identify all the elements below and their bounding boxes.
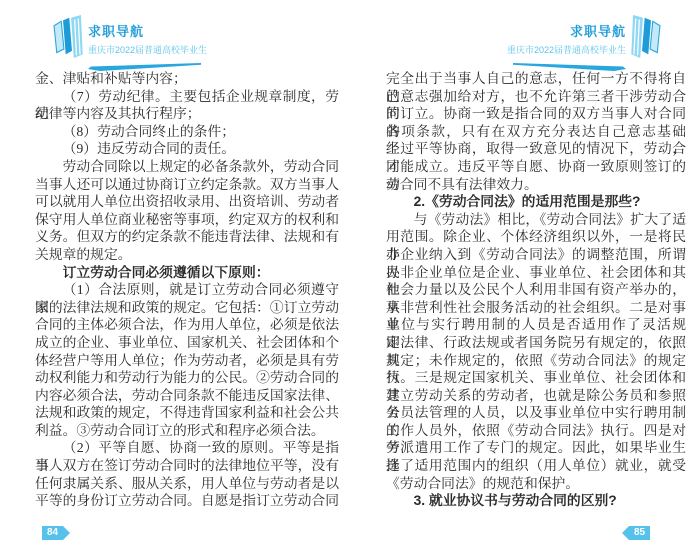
text-line: 才能成立。违反平等自愿、协商一致原则签订的劳: [386, 158, 686, 176]
left-page-text-column: 金、津贴和补贴等内容；（7）劳动纪律。主要包括企业规章制度，劳动纪律等内容及其执…: [35, 70, 339, 510]
text-line: （8）劳动合同终止的条件；: [35, 123, 339, 141]
text-line: 务员法管理的人员，以及事业单位中实行聘用制的: [386, 404, 686, 422]
text-line: 法规和政策的规定，不得违背国家利益和社会公共: [35, 404, 339, 422]
page-number-badge-left: 84: [42, 526, 70, 540]
swoosh-underline-icon: [513, 58, 626, 66]
text-line: 当事人还可以通过协商订立约定条款。双方当事人: [35, 176, 339, 194]
text-line: 3. 就业协议书与劳动合同的区别?: [386, 492, 686, 510]
text-line: 工作人员外，依照《劳动合同法》执行。四是对劳: [386, 422, 686, 440]
booklet-subtitle: 重庆市2022届普通高校毕业生: [88, 43, 207, 56]
text-line: 2.《劳动合同法》的适用范围是那些?: [386, 193, 686, 211]
right-page-text-column: 完全出于当事人自己的意志，任何一方不得将自己的意志强加给对方，也不允许第三者干涉…: [386, 70, 686, 510]
text-line: 保守用人单位商业秘密等事项，约定双方的权利和: [35, 211, 339, 229]
text-line: （1）合法原则，就是订立劳动合同必须遵守国: [35, 281, 339, 299]
text-line: 的订立。协商一致是指合同的双方当事人对合同的: [386, 105, 686, 123]
text-line: 单位与实行聘用制的人员是否适用作了灵活规定，: [386, 316, 686, 334]
text-line: 行。三是规定国家机关、事业单位、社会团体和其: [386, 369, 686, 387]
text-line: 金、津贴和补贴等内容；: [35, 70, 339, 88]
text-line: 义务。但双方的约定条款不能违背法律、法规和有: [35, 228, 339, 246]
text-line: 择了适用范围内的组织（用人单位）就业，就受: [386, 457, 686, 475]
text-line: 可以就用人单位出资招收录用、出资培训、劳动者: [35, 193, 339, 211]
book-spread: 求职导航 重庆市2022届普通高校毕业生 求职导航 重庆市2022届普通高校毕业…: [0, 0, 695, 559]
text-line: （7）劳动纪律。主要包括企业规章制度，劳动: [35, 88, 339, 106]
text-line: 关规章的规定。: [35, 246, 339, 264]
text-line: 事非营利性社会服务活动的社会组织。二是对事业: [386, 299, 686, 317]
text-line: 动合同不具有法律效力。: [386, 176, 686, 194]
text-line: 平等的身份订立劳动合同。自愿是指订立劳动合同: [35, 492, 339, 510]
right-page-header-logo: 求职导航 重庆市2022届普通高校毕业生: [502, 15, 662, 66]
booklet-title: 求职导航: [88, 21, 144, 40]
text-line: 经过平等协商，取得一致意见的情况下，劳动合同: [386, 140, 686, 158]
text-line: 办非企业单位是企业、事业单位、社会团体和其他: [386, 264, 686, 282]
text-line: 成立的企业、事业单位、国家机关、社会团体和个: [35, 334, 339, 352]
left-page-header-logo: 求职导航 重庆市2022届普通高校毕业生: [52, 15, 212, 66]
text-line: 与《劳动法》相比，《劳动合同法》扩大了适: [386, 211, 686, 229]
booklet-subtitle: 重庆市2022届普通高校毕业生: [507, 43, 626, 56]
text-line: 合同的主体必须合法，作为用人单位，必须是依法: [35, 316, 339, 334]
text-line: 建立劳动关系的劳动者，也就是除公务员和参照公: [386, 387, 686, 405]
text-line: 内容必须合法，劳动合同条款不能违反国家法律、: [35, 387, 339, 405]
text-line: 非企业纳入到《劳动合同法》的调整范围，所谓民: [386, 246, 686, 264]
text-line: 动权利能力和劳动行为能力的公民。②劳动合同的: [35, 369, 339, 387]
text-line: 完全出于当事人自己的意志，任何一方不得将自己: [386, 70, 686, 88]
text-line: （9）违反劳动合同的责任。: [35, 140, 339, 158]
text-line: 《劳动合同法》的规范和保护。: [386, 475, 686, 493]
swoosh-underline-icon: [88, 58, 201, 66]
text-line: 的意志强加给对方，也不允许第三者干涉劳动合同: [386, 88, 686, 106]
text-line: 社会力量以及公民个人利用非国有资产举办的，从: [386, 281, 686, 299]
text-line: 规定；未作规定的，依照《劳动合同法》的规定执: [386, 352, 686, 370]
books-logo-icon: [631, 15, 662, 58]
text-line: 各项条款，只有在双方充分表达自己意志基础上，: [386, 123, 686, 141]
text-line: 订立劳动合同必须遵循以下原则：: [35, 264, 339, 282]
text-line: 利益。③劳动合同订立的形式和程序必须合法。: [35, 422, 339, 440]
text-line: 劳动合同除以上规定的必备条款外，劳动合同: [35, 158, 339, 176]
right-logo-text: 求职导航 重庆市2022届普通高校毕业生: [507, 15, 626, 66]
text-line: 事人双方在签订劳动合同时的法律地位平等，没有: [35, 457, 339, 475]
text-line: （2）平等自愿、协商一致的原则。平等是指当: [35, 439, 339, 457]
page-number-badge-right: 85: [622, 526, 650, 540]
text-line: 用范围。除企业、个体经济组织以外，一是将民办: [386, 228, 686, 246]
text-line: 体经营户等用人单位；作为劳动者，必须是具有劳: [35, 352, 339, 370]
text-line: 任何隶属关系、服从关系，用人单位与劳动者是以: [35, 475, 339, 493]
left-logo-text: 求职导航 重庆市2022届普通高校毕业生: [88, 15, 207, 66]
books-logo-icon: [52, 15, 83, 58]
booklet-title: 求职导航: [570, 21, 626, 40]
text-line: 纪律等内容及其执行程序；: [35, 105, 339, 123]
text-line: 即法律、行政法规或者国务院另有规定的，依照其: [386, 334, 686, 352]
text-line: 务派遣用工作了专门的规定。因此，如果毕业生选: [386, 439, 686, 457]
text-line: 家的法律法规和政策的规定。它包括：①订立劳动: [35, 299, 339, 317]
